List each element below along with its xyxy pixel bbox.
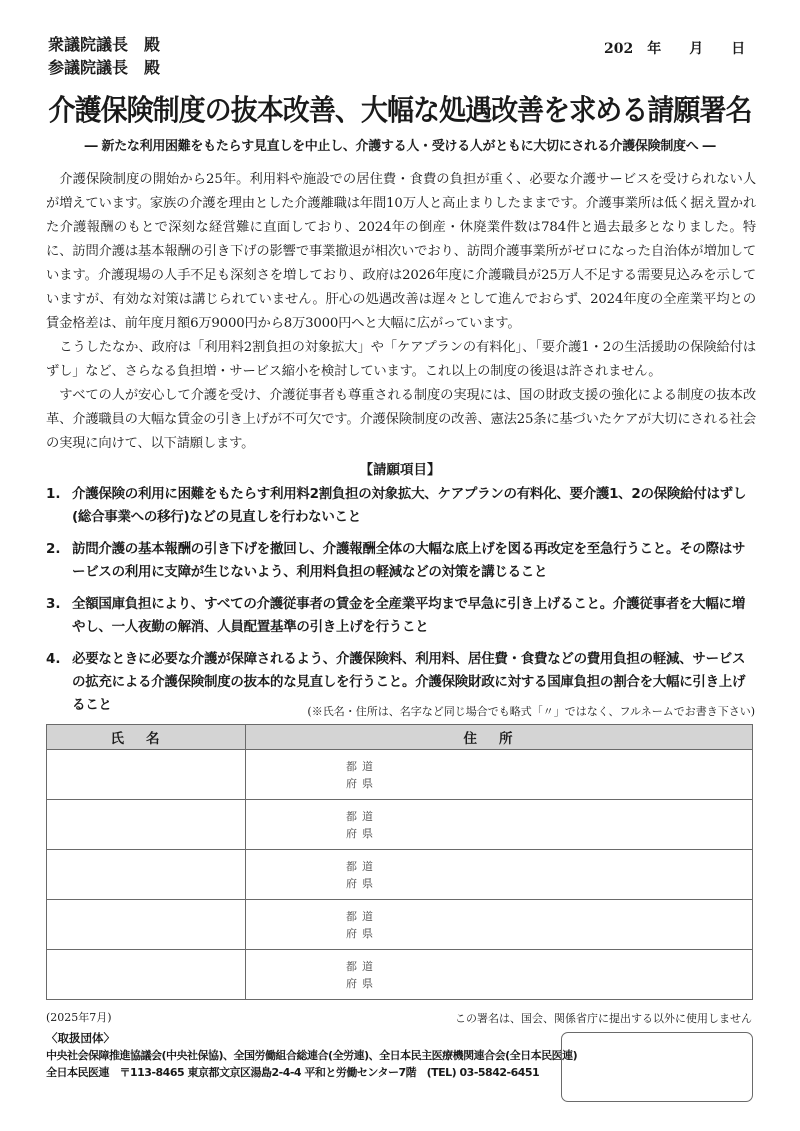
signature-row: 都道 府県 [47,800,753,850]
name-field[interactable] [47,750,246,800]
document-subtitle: ― 新たな利用困難をもたらす見直しを中止し、介護する人・受ける人がともに大切にさ… [0,135,800,154]
date-field[interactable]: 202 年 月 日 [604,38,745,58]
item-number: 2. [46,538,72,584]
petition-items-list: 1. 介護保険の利用に困難をもたらす利用料2割負担の対象拡大、ケアプランの有料化… [46,483,758,726]
name-field[interactable] [47,800,246,850]
address-field[interactable]: 都道 府県 [246,900,753,950]
privacy-notice: この署名は、国会、関係省庁に提出する以外に使用しません [455,1010,752,1026]
name-field[interactable] [47,900,246,950]
item-number: 3. [46,593,72,639]
issue-date: (2025年7月) [46,1009,112,1025]
collector-stamp-box[interactable] [561,1032,753,1102]
address-field[interactable]: 都道 府県 [246,800,753,850]
petition-item: 1. 介護保険の利用に困難をもたらす利用料2割負担の対象拡大、ケアプランの有料化… [46,483,758,529]
petition-items-heading: 【請願項目】 [0,458,800,478]
name-field[interactable] [47,950,246,1000]
signature-row: 都道 府県 [47,850,753,900]
body-paragraph: すべての人が安心して介護を受け、介護従事者も尊重される制度の実現には、国の財政支… [46,384,756,456]
address-field[interactable]: 都道 府県 [246,950,753,1000]
addressee-house-of-representatives: 衆議院議長 殿 [48,33,160,56]
petition-item: 2. 訪問介護の基本報酬の引き下げを撤回し、介護報酬全体の大幅な底上げを図る再改… [46,538,758,584]
contact-line: 全日本民医連 〒113-8465 東京都文京区湯島2-4-4 平和と労働センター… [46,1064,577,1081]
column-header-name: 氏名 [47,725,246,750]
addressee-house-of-councillors: 参議院議長 殿 [48,56,160,79]
signature-row: 都道 府県 [47,750,753,800]
address-field[interactable]: 都道 府県 [246,850,753,900]
organizations-label: 〈取扱団体〉 [46,1030,115,1046]
item-text: 介護保険の利用に困難をもたらす利用料2割負担の対象拡大、ケアプランの有料化、要介… [72,483,758,529]
organizations-list: 中央社会保障推進協議会(中央社保協)、全国労働組合総連合(全労連)、全日本民主医… [46,1047,577,1081]
item-number: 1. [46,483,72,529]
body-paragraph: こうしたなか、政府は「利用料2割負担の対象拡大」や「ケアプランの有料化」、「要介… [46,336,756,384]
document-title: 介護保険制度の抜本改善、大幅な処遇改善を求める請願署名 [28,88,772,129]
column-header-address: 住所 [246,725,753,750]
signature-table-header: 氏名 住所 [47,725,753,750]
prefecture-label: 都道 府県 [346,858,386,892]
petition-item: 3. 全額国庫負担により、すべての介護従事者の賃金を全産業平均まで早急に引き上げ… [46,593,758,639]
prefecture-label: 都道 府県 [346,808,386,842]
name-field[interactable] [47,850,246,900]
address-field[interactable]: 都道 府県 [246,750,753,800]
organizations-line: 中央社会保障推進協議会(中央社保協)、全国労働組合総連合(全労連)、全日本民主医… [46,1047,577,1064]
prefecture-label: 都道 府県 [346,758,386,792]
prefecture-label: 都道 府県 [346,958,386,992]
addressee-block: 衆議院議長 殿 参議院議長 殿 [48,33,160,79]
petition-body: 介護保険制度の開始から25年。利用料や施設での居住費・食費の負担が重く、必要な介… [46,168,756,456]
item-text: 訪問介護の基本報酬の引き下げを撤回し、介護報酬全体の大幅な底上げを図る再改定を至… [72,538,758,584]
item-text: 全額国庫負担により、すべての介護従事者の賃金を全産業平均まで早急に引き上げること… [72,593,758,639]
signature-row: 都道 府県 [47,950,753,1000]
signature-table: 氏名 住所 都道 府県 都道 府県 [46,724,753,1000]
body-paragraph: 介護保険制度の開始から25年。利用料や施設での居住費・食費の負担が重く、必要な介… [46,168,756,336]
item-number: 4. [46,648,72,717]
signature-row: 都道 府県 [47,900,753,950]
prefecture-label: 都道 府県 [346,908,386,942]
fullname-note: (※氏名・住所は、名字など同じ場合でも略式「〃」ではなく、フルネームでお書き下さ… [307,703,755,719]
